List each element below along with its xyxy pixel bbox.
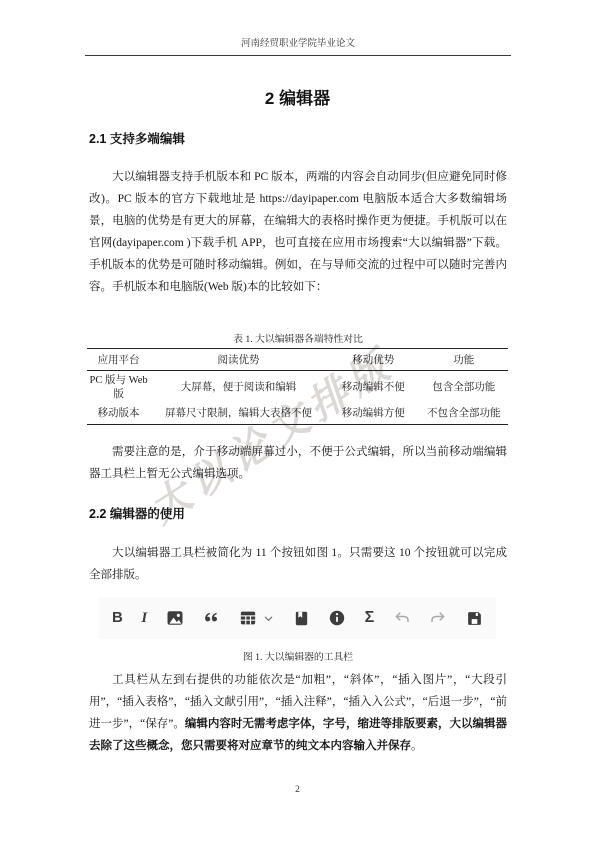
- paragraph-toolbar-intro: 大以编辑器工具栏被简化为 11 个按钮如图 1。只需要这 10 个按钮就可以完成…: [89, 542, 507, 586]
- editor-toolbar-figure: B I Σ: [99, 597, 496, 639]
- table-header-cell: 移动优势: [327, 349, 420, 371]
- table-row: PC 版与 Web 版 大屏幕，便于阅读和编辑 移动编辑不便 包含全部功能: [87, 371, 508, 405]
- section-heading-2-2: 2.2 编辑器的使用: [89, 504, 507, 522]
- bold-icon: B: [112, 610, 123, 626]
- paragraph-toolbar-functions: 工具栏从左到右提供的功能依次是“加粗”，“斜体”，“插入图片”，“大段引用”，“…: [89, 669, 507, 757]
- formula-icon: Σ: [365, 610, 375, 626]
- italic-icon: I: [141, 610, 147, 627]
- paragraph-multi-device: 大以编辑器支持手机版本和 PC 版本，两端的内容会自动同步(但应避免同时修改)。…: [89, 166, 507, 298]
- table-row: 移动版本 屏幕尺寸限制，编辑大表格不便 移动编辑方便 不包含全部功能: [87, 404, 508, 424]
- table-cell: 屏幕尺寸限制，编辑大表格不便: [150, 404, 327, 424]
- table-cell: 不包含全部功能: [420, 404, 508, 424]
- table-cell: 移动编辑方便: [327, 404, 420, 424]
- page-number: 2: [0, 785, 595, 795]
- insert-table-icon: [239, 609, 257, 627]
- table-header-cell: 功能: [420, 349, 508, 371]
- chevron-down-icon: [263, 613, 274, 624]
- redo-icon: [429, 609, 447, 627]
- table-cell: PC 版与 Web 版: [87, 371, 150, 405]
- paragraph-formula-note: 需要注意的是，介于移动端屏幕过小，不便于公式编辑，所以当前移动端编辑器工具栏上暂…: [89, 441, 507, 485]
- table-header-row: 应用平台 阅读优势 移动优势 功能: [87, 349, 508, 371]
- document-page: 河南经贸职业学院毕业论文 大以论文排版 2 编辑器 2.1 支持多端编辑 大以编…: [0, 0, 595, 842]
- table-header-cell: 阅读优势: [150, 349, 327, 371]
- paragraph-end-punct: 。: [411, 740, 423, 752]
- figure-caption: 图 1. 大以编辑器的工具栏: [89, 649, 507, 663]
- table-caption: 表 1. 大以编辑器各端特性对比: [89, 331, 507, 345]
- section-heading-2-1: 2.1 支持多端编辑: [89, 129, 507, 147]
- table-cell: 包含全部功能: [420, 371, 508, 405]
- note-info-icon: [328, 609, 346, 627]
- table-cell: 大屏幕，便于阅读和编辑: [150, 371, 327, 405]
- table-cell: 移动编辑不便: [327, 371, 420, 405]
- insert-image-icon: [166, 609, 184, 627]
- table-header-cell: 应用平台: [87, 349, 150, 371]
- chapter-title: 2 编辑器: [0, 84, 595, 109]
- insert-table-button: [239, 609, 274, 627]
- undo-icon: [393, 609, 411, 627]
- save-icon: [466, 610, 483, 627]
- citation-icon: [293, 610, 310, 627]
- table-cell: 移动版本: [87, 404, 150, 424]
- comparison-table: 应用平台 阅读优势 移动优势 功能 PC 版与 Web 版 大屏幕，便于阅读和编…: [87, 348, 508, 425]
- blockquote-icon: [202, 609, 220, 627]
- running-header: 河南经贸职业学院毕业论文: [85, 39, 511, 56]
